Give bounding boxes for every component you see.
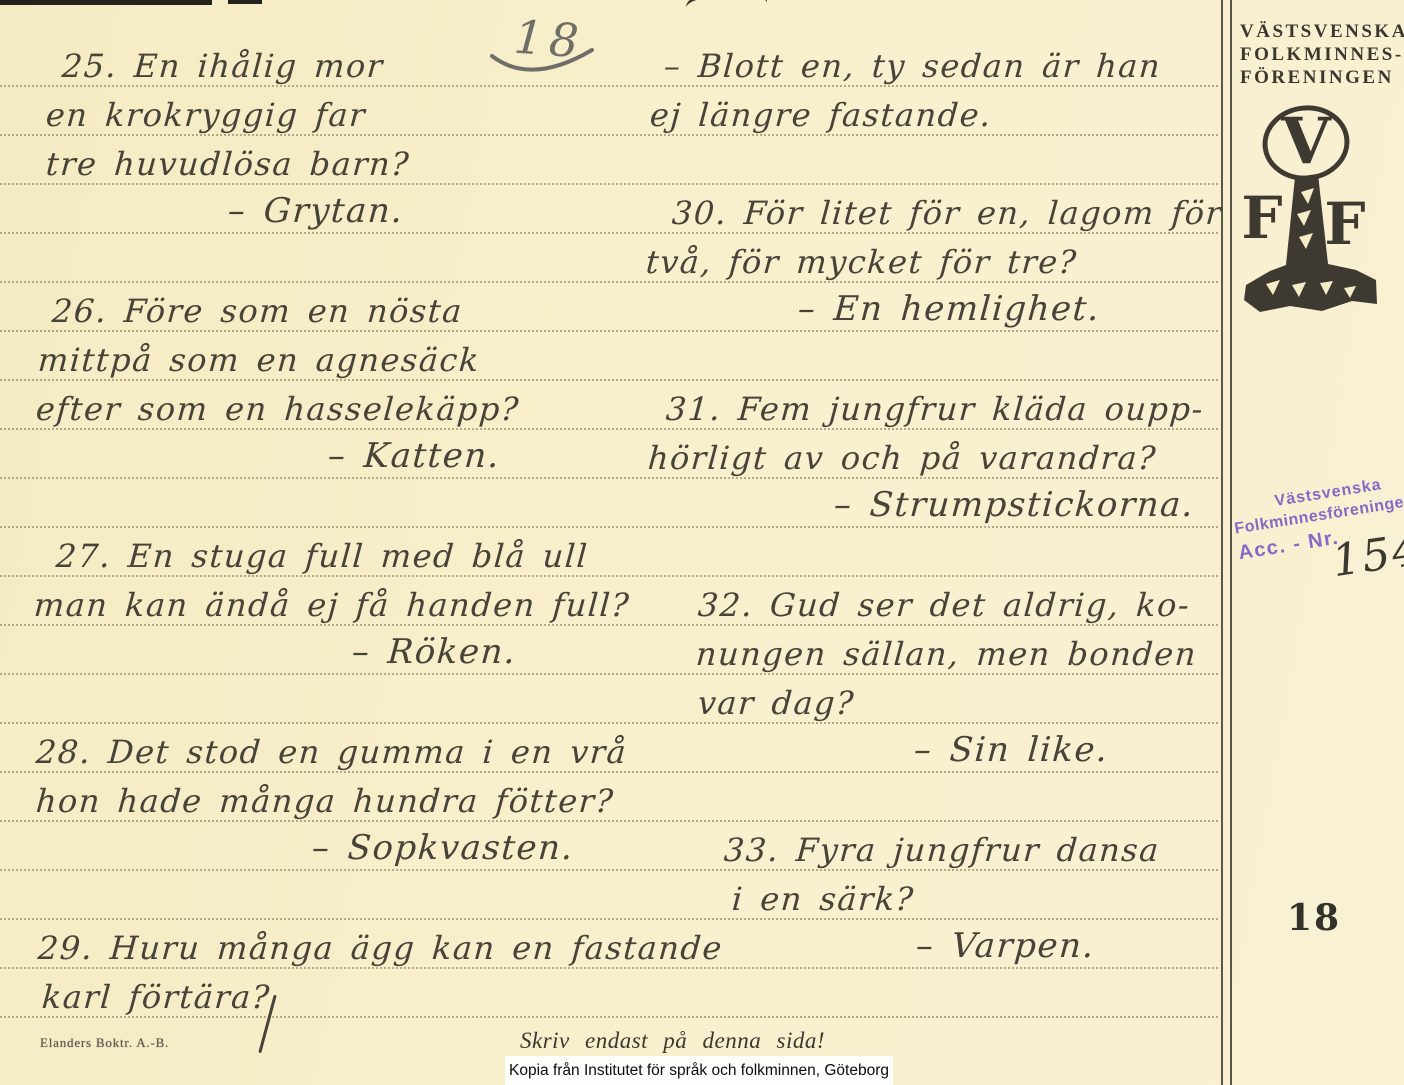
riddle-28-line-1: 28. Det stod en gumma i en vrå [35, 731, 629, 773]
riddle-26-line-3: efter som en hasselekäpp? [35, 388, 522, 430]
org-name-line-1: VÄSTSVENSKA [1240, 20, 1404, 43]
riddle-31-answer: – Strumpstickorna. [833, 484, 1196, 526]
logo-letter-f-right: F [1324, 190, 1365, 258]
riddle-26-answer: – Katten. [327, 435, 502, 477]
printer-mark: Elanders Boktr. A.-B. [40, 1035, 169, 1051]
riddle-31-line-1: 31. Fem jungfrur kläda oupp- [665, 388, 1206, 430]
scan-edge-artifact [228, 0, 262, 4]
page-number-underline-swoosh [487, 42, 599, 90]
copy-notice-bar: Kopia från Institutet för språk och folk… [505, 1056, 893, 1085]
riddle-33-answer: – Varpen. [915, 925, 1097, 967]
riddle-29-answer-line-2: ej längre fastande. [649, 94, 994, 136]
write-only-this-side-instruction: Skriv endast på denna sida! [520, 1028, 825, 1054]
riddle-29-line-1: 29. Huru många ägg kan en fastande [37, 927, 725, 969]
stray-ink-mark [751, 0, 768, 9]
scan-edge-artifact [0, 0, 212, 5]
riddle-32-line-3: var dag? [697, 682, 857, 724]
riddle-30-line-1: 30. För litet för en, lagom för [671, 192, 1224, 234]
riddle-32-answer: – Sin like. [913, 729, 1110, 771]
ruled-line [0, 526, 1218, 528]
riddle-30-answer: – En hemlighet. [797, 288, 1102, 330]
riddle-32-line-2: nungen sällan, men bonden [695, 633, 1199, 675]
org-name-line-3: FÖRENINGEN [1240, 66, 1404, 89]
riddle-29-answer-line-1: – Blott en, ty sedan är han [663, 45, 1163, 87]
riddle-33-line-1: 33. Fyra jungfrur dansa [723, 829, 1162, 871]
organization-name: VÄSTSVENSKA FOLKMINNES- FÖRENINGEN [1240, 20, 1404, 89]
stray-ink-mark [684, 0, 710, 15]
riddle-25-line-2: en krokryggig far [45, 94, 368, 136]
logo-letter-f-left: F [1241, 184, 1282, 252]
riddle-27-line-1: 27. En stuga full med blå ull [55, 535, 590, 577]
riddle-27-answer: – Röken. [351, 631, 518, 673]
riddle-30-line-2: två, för mycket för tre? [645, 241, 1079, 283]
riddle-25-line-3: tre huvudlösa barn? [45, 143, 412, 185]
riddle-29-line-2: karl förtära? [41, 976, 272, 1018]
riddle-33-line-2: i en särk? [731, 878, 916, 920]
riddle-25-answer: – Grytan. [227, 190, 406, 232]
riddle-25-line-1: 25. En ihålig mor [61, 45, 386, 87]
copy-notice-text: Kopia från Institutet för språk och folk… [509, 1062, 889, 1080]
riddle-31-line-2: hörligt av och på varandra? [647, 437, 1159, 479]
riddle-32-line-1: 32. Gud ser det aldrig, ko- [697, 584, 1192, 626]
riddle-26-line-2: mittpå som en agnesäck [37, 339, 482, 381]
ruled-line [0, 722, 1218, 724]
riddle-28-answer: – Sopkvasten. [311, 827, 576, 869]
scanned-document-page: 18 25. En ihålig mor en krokryggig far t… [0, 0, 1404, 1085]
logo-letter-v: V [1280, 104, 1332, 179]
riddle-28-line-2: hon hade många hundra fötter? [35, 780, 616, 822]
ruled-line [0, 918, 1218, 920]
printed-page-number: 18 [1287, 897, 1341, 939]
riddle-26-line-1: 26. Före som en nösta [51, 290, 465, 332]
vff-thors-hammer-logo: V F F [1238, 104, 1388, 319]
riddle-27-line-2: man kan ändå ej få handen full? [33, 584, 632, 626]
vertical-margin-rule [1221, 0, 1232, 1085]
org-name-line-2: FOLKMINNES- [1240, 43, 1404, 66]
